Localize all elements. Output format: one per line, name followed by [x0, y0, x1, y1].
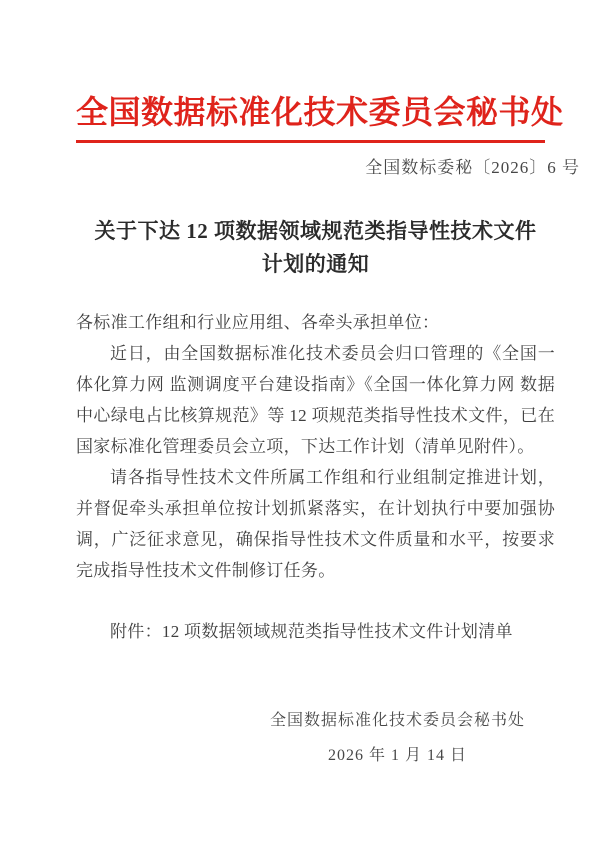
document-content: 全国数据标准化技术委员会秘书处 全国数标委秘〔2026〕6 号 关于下达 12 … [0, 0, 612, 771]
issuing-org-title: 全国数据标准化技术委员会秘书处 [76, 92, 555, 132]
notice-body: 各标准工作组和行业应用组、各牵头承担单位： 近日，由全国数据标准化技术委员会归口… [76, 307, 555, 647]
body-paragraph-2: 请各指导性技术文件所属工作组和行业组制定推进计划，并督促牵头承担单位按计划抓紧落… [76, 462, 555, 586]
document-reference-number: 全国数标委秘〔2026〕6 号 [76, 157, 580, 179]
notice-document-page: 全国数据标准化技术委员会秘书处 全国数标委秘〔2026〕6 号 关于下达 12 … [0, 0, 612, 861]
signature-and-date: 全国数据标准化技术委员会秘书处 2026 年 1 月 14 日 [270, 705, 525, 771]
attachment-line: 附件：12 项数据领域规范类指导性技术文件计划清单 [76, 616, 555, 647]
body-paragraph-1: 近日，由全国数据标准化技术委员会归口管理的《全国一体化算力网 监测调度平台建设指… [76, 338, 555, 462]
signature-org-name: 全国数据标准化技术委员会秘书处 [270, 705, 525, 736]
signature-block: 全国数据标准化技术委员会秘书处 2026 年 1 月 14 日 [76, 705, 555, 771]
red-divider-line [76, 140, 545, 143]
salutation-line: 各标准工作组和行业应用组、各牵头承担单位： [76, 307, 555, 338]
notice-title-line1: 关于下达 12 项数据领域规范类指导性技术文件 [76, 215, 555, 248]
signature-date: 2026 年 1 月 14 日 [270, 740, 525, 771]
notice-title-line2: 计划的通知 [76, 248, 555, 281]
notice-title: 关于下达 12 项数据领域规范类指导性技术文件 计划的通知 [76, 215, 555, 281]
